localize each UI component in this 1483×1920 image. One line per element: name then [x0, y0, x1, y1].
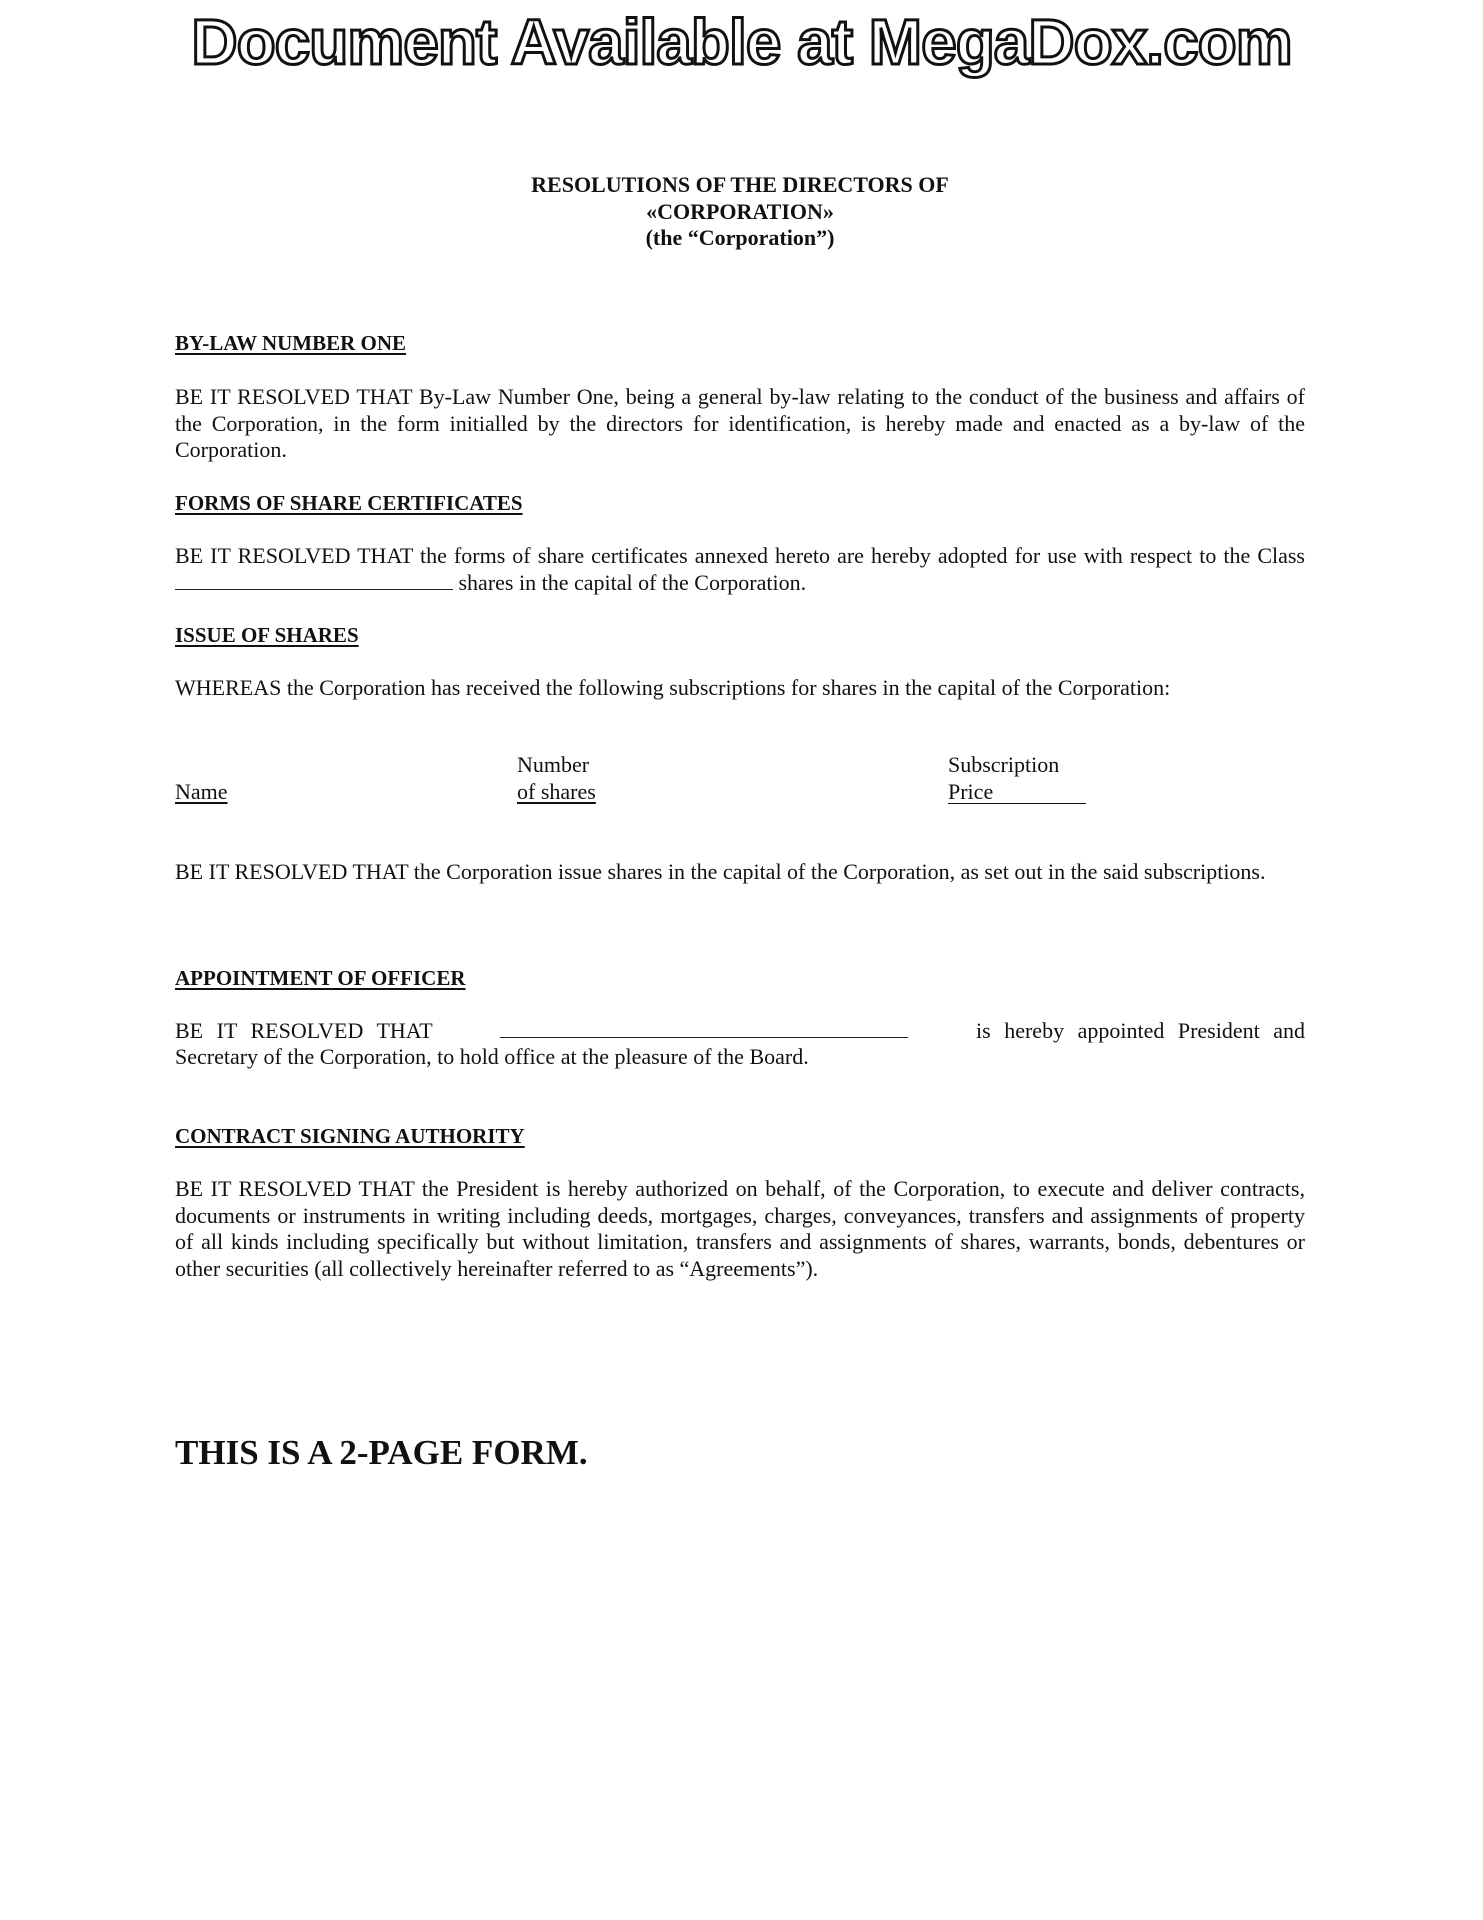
- document-title: RESOLUTIONS OF THE DIRECTORS OF «CORPORA…: [175, 172, 1305, 252]
- column-number-of-shares: Number of shares: [517, 752, 596, 805]
- section-heading-bylaw: BY-LAW NUMBER ONE: [175, 330, 1305, 357]
- share-cert-text-after: shares in the capital of the Corporation…: [459, 570, 807, 595]
- share-cert-text-before: BE IT RESOLVED THAT the forms of share c…: [175, 543, 1305, 568]
- title-line-2: «CORPORATION»: [175, 199, 1305, 226]
- column-name-label: Name: [175, 779, 228, 806]
- title-line-3: (the “Corporation”): [175, 225, 1305, 252]
- appointment-line-2: Secretary of the Corporation, to hold of…: [175, 1044, 1305, 1071]
- section-heading-issue-of-shares: ISSUE OF SHARES: [175, 622, 1305, 649]
- two-page-form-notice: THIS IS A 2-PAGE FORM.: [175, 1440, 588, 1467]
- section-body-bylaw: BE IT RESOLVED THAT By-Law Number One, b…: [175, 384, 1305, 464]
- section-body-issue-resolution: BE IT RESOLVED THAT the Corporation issu…: [175, 859, 1305, 886]
- appointment-text-before: BE IT RESOLVED THAT: [175, 1018, 433, 1045]
- watermark-banner: Document Available at MegaDox.com: [0, 2, 1483, 82]
- officer-name-blank-field[interactable]: [500, 1019, 908, 1038]
- column-subscription-price: Subscription Price: [948, 752, 1086, 805]
- section-body-contract-signing: BE IT RESOLVED THAT the President is her…: [175, 1176, 1305, 1282]
- section-heading-share-certificates: FORMS OF SHARE CERTIFICATES: [175, 490, 1305, 517]
- column-price-line2: Price: [948, 781, 1086, 804]
- column-name: Name: [175, 752, 228, 805]
- appointment-text-after: is hereby appointed President and: [976, 1018, 1305, 1045]
- section-body-share-certificates: BE IT RESOLVED THAT the forms of share c…: [175, 543, 1305, 596]
- section-heading-appointment: APPOINTMENT OF OFFICER: [175, 965, 1305, 992]
- section-heading-contract-signing: CONTRACT SIGNING AUTHORITY: [175, 1123, 1305, 1150]
- column-price-line1: Subscription: [948, 752, 1086, 779]
- share-class-blank-field[interactable]: [175, 571, 453, 590]
- column-number-line2: of shares: [517, 779, 596, 806]
- subscriptions-table-header: Name Number of shares Subscription Price: [175, 752, 1305, 812]
- section-body-issue-of-shares: WHEREAS the Corporation has received the…: [175, 675, 1305, 702]
- column-number-line1: Number: [517, 752, 596, 779]
- appointment-line-1: BE IT RESOLVED THAT is hereby appointed …: [175, 1018, 1305, 1045]
- title-line-1: RESOLUTIONS OF THE DIRECTORS OF: [175, 172, 1305, 199]
